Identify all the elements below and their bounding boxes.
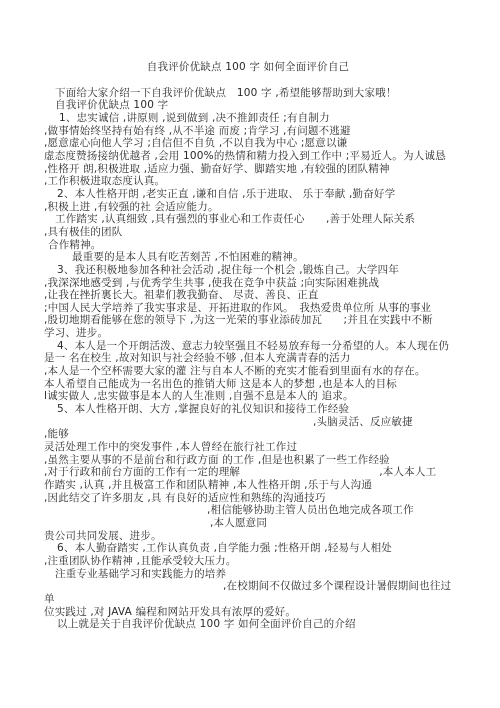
text-line: 位实践过 ,对 JAVA 编程和网站开发具有浓厚的爱好。: [44, 606, 452, 619]
text-line: ,能够: [44, 428, 452, 441]
text-line: 5、本人性格开朗、大方 ,掌握良好的礼仪知识和接待工作经验: [44, 403, 452, 416]
text-line: 贵公司共同发展、进步。: [44, 530, 452, 543]
text-line: ,性格开 朗,积极进取 ,适应力强、勤奋好学、脚踏实地 ,有较强的团队精神: [44, 163, 452, 176]
text-line: ,本人是一个空杯需要大家的灌 注与自本人不断的充实才能看到里面有水的存在。: [44, 365, 452, 378]
text-line: 1、忠实诚信 ,讲原则 ,说到做到 ,决不推卸责任 ;有自制力: [44, 112, 452, 125]
text-line: 是一 名在校生 ,故对知识与社会经验不够 ,但本人充满青春的活力: [44, 352, 452, 365]
text-line: 合作精神。: [44, 239, 452, 252]
text-line: 下面给大家介绍一下自我评价优缺点 100 字 ,希望能够帮助到大家哦！: [44, 87, 452, 100]
text-line: l诚实做人 ,忠实做事是本人的人生准则 ,自强不息是本人的 追求。: [44, 390, 452, 403]
text-line: 灵活处理工作中的突发事件 ,本人曾经在旅行社工作过: [44, 441, 452, 454]
text-line: ,因此结交了许多朋友 ,具 有良好的适应性和熟练的沟通技巧: [44, 492, 452, 505]
text-line: ,殷切地期看能够在您的领导下 ,为这一光荣的事业添砖加瓦 ;并且在实践中不断: [44, 314, 452, 327]
text-line: 作踏实 ,认真 ,并且极富工作和团队精神 ,本人性格开朗 ,乐于与人沟通: [44, 479, 452, 492]
text-line: ,注重团队协作精神 ,且能承受较大压力。: [44, 555, 452, 568]
text-line: 自我评价优缺点 100 字: [44, 99, 452, 112]
text-line: 以上就是关于自我评价优缺点 100 字 如何全面评价自己的介绍: [44, 618, 452, 631]
text-line: ,让我在挫折裏长大。祖辈们教我勤奋、 尽责、善良、正直: [44, 289, 452, 302]
text-line: 虚态度赞扬接纳优越者 ,会用 100%的热情和精力投入到工作中 ;平易近人。为人…: [44, 150, 452, 163]
text-line: 2、本人性格开朗 ,老实正直 ,谦和自信 ,乐于进取、 乐于奉献 ,勤奋好学: [44, 188, 452, 201]
text-line: 注重专业基础学习和实践能力的培养: [44, 568, 452, 581]
text-line: 3、我还积极地参加各种社会活动 ,捉住每一个机会 ,锻炼自己。大学四年: [44, 264, 452, 277]
document-title: 自我评价优缺点 100 字 如何全面评价自己: [44, 61, 452, 74]
text-line: 6、本人勤奋踏实 ,工作认真负责 ,自学能力强 ;性格开朗 ,轻易与人相处: [44, 542, 452, 555]
text-line: ,头脑灵活、反应敏捷: [44, 416, 452, 429]
text-line: 学习、进步。: [44, 327, 452, 340]
text-line: ,积极上进 ,有较强的社 会适应能力。: [44, 201, 452, 214]
text-line: ,对于行政和前台方面的工作有一定的理解 ,本人本人工: [44, 466, 452, 479]
text-line: ,相信能够协助主管人员出色地完成各项工作: [44, 504, 452, 517]
text-line: ,具有极佳的团队: [44, 226, 452, 239]
document-body: 下面给大家介绍一下自我评价优缺点 100 字 ,希望能够帮助到大家哦！自我评价优…: [44, 87, 452, 631]
text-line: ,在校期间不仅做过多个课程设计暑假期间也往过: [44, 580, 452, 593]
text-line: ,工作积极进取态度认真。: [44, 175, 452, 188]
text-line: 最重要的是本人具有吃苦刻苦 ,不怕困难的精神。: [44, 251, 452, 264]
text-line: ,虽然主要从事的不是前台和行政方面 的工作 ,但是也积累了一些工作经验: [44, 454, 452, 467]
document-page: 自我评价优缺点 100 字 如何全面评价自己 下面给大家介绍一下自我评价优缺点 …: [0, 0, 500, 708]
text-line: ,我深深地感受到 ,与优秀学生共事 ,使我在竞争中获益 ;向实际困难挑战: [44, 277, 452, 290]
text-line: 单: [44, 593, 452, 606]
text-line: 4、本人是一个开朗活泼、意志力较坚强且不轻易放弃每一分希望的人。本人现在仍: [44, 340, 452, 353]
text-line: ,做事情始终坚持有始有终 ,从不半途 而废 ;肯学习 ,有问题不逃避: [44, 125, 452, 138]
text-line: ;中国人民大学培养了我实事求是、开拓进取的作风。 我热爱贵单位所 从事的事业: [44, 302, 452, 315]
text-line: 工作踏实 ,认真细致 ,具有强烈的事业心和工作责任心 ,善于处理人际关系: [44, 213, 452, 226]
text-line: 本人希望自己能成为一名出色的推销大师 这是本人的梦想 ,也是本人的目标: [44, 378, 452, 391]
text-line: ,愿意虚心向他人学习 ;自信但不自负 ,不以自我为中心 ;愿意以谦: [44, 137, 452, 150]
text-line: ,本人愿意同: [44, 517, 452, 530]
